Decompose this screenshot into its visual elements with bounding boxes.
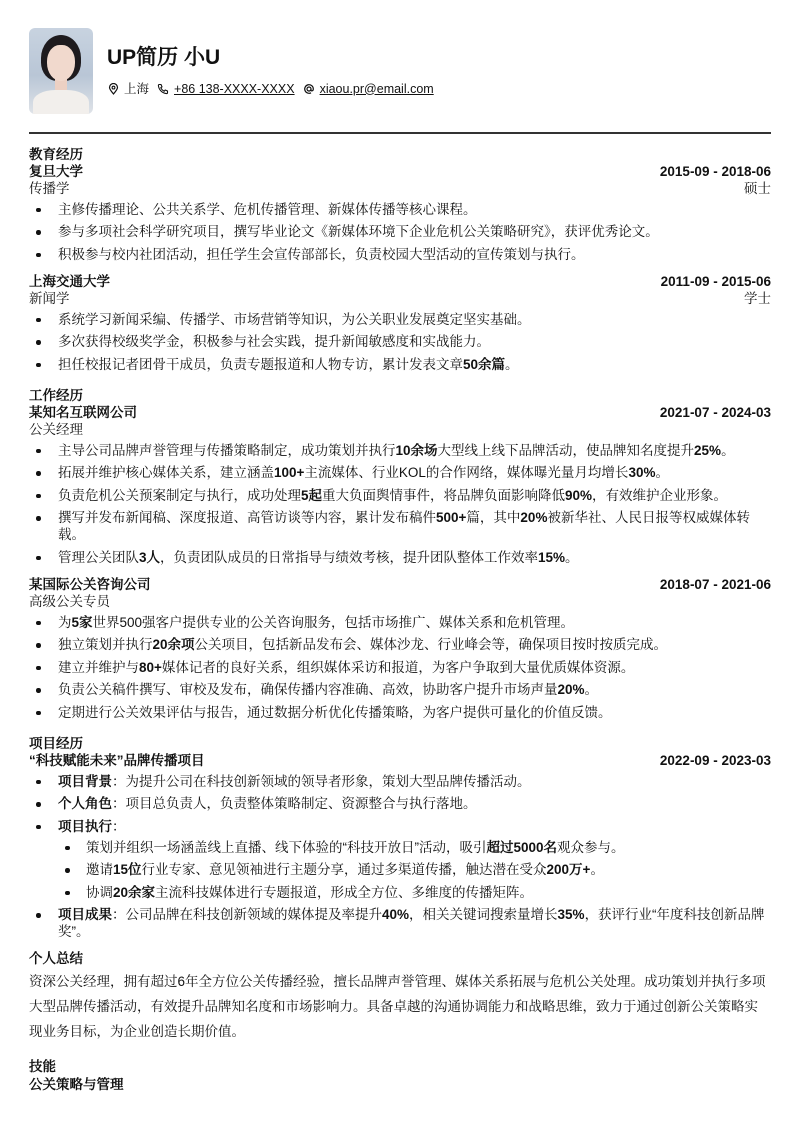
project-execution: 项目执行： 策划并组织一场涵盖线上直播、线下体验的“科技开放日”活动，吸引超过5… xyxy=(29,818,771,901)
work-section: 工作经历 某知名互联网公司 2021-07 - 2024-03 公关经理 主导公… xyxy=(29,387,771,721)
job-title: 高级公关专员 xyxy=(29,593,110,610)
section-title: 技能 xyxy=(29,1058,771,1075)
major: 传播学 xyxy=(29,180,70,197)
resume-header: UP简历 小U 上海 +86 138-XXXX-XXXX xyxy=(29,27,771,114)
list-item: 协调20余家主流科技媒体进行专题报道，形成全方位、多维度的传播矩阵。 xyxy=(58,884,771,901)
list-item: 积极参与校内社团活动，担任学生会宣传部部长，负责校园大型活动的宣传策划与执行。 xyxy=(29,246,771,263)
list-item: 负责危机公关预案制定与执行，成功处理5起重大负面舆情事件，将品牌负面影响降低90… xyxy=(29,487,771,504)
list-item: 多次获得校级奖学金，积极参与社会实践，提升新闻敏感度和实战能力。 xyxy=(29,333,771,350)
list-item: 拓展并维护核心媒体关系，建立涵盖100+主流媒体、行业KOL的合作网络，媒体曝光… xyxy=(29,464,771,481)
work-entry: 某国际公关咨询公司 2018-07 - 2021-06 高级公关专员 为5家世界… xyxy=(29,576,771,721)
major: 新闻学 xyxy=(29,290,70,307)
projects-section: 项目经历 “科技赋能未来”品牌传播项目 2022-09 - 2023-03 项目… xyxy=(29,735,771,941)
project-result: 项目成果：公司品牌在科技创新领域的媒体提及率提升40%，相关关键词搜索量增长35… xyxy=(29,906,771,940)
school-name: 上海交通大学 xyxy=(29,273,110,290)
section-title: 教育经历 xyxy=(29,146,771,163)
summary-section: 个人总结 资深公关经理，拥有超过6年全方位公关传播经验，擅长品牌声誉管理、媒体关… xyxy=(29,950,771,1044)
company-name: 某国际公关咨询公司 xyxy=(29,576,151,593)
email-link[interactable]: xiaou.pr@email.com xyxy=(320,80,434,98)
list-item: 主修传播理论、公共关系学、危机传播管理、新媒体传播等核心课程。 xyxy=(29,201,771,218)
company-name: 某知名互联网公司 xyxy=(29,404,137,421)
education-entry: 复旦大学 2015-09 - 2018-06 传播学 硕士 主修传播理论、公共关… xyxy=(29,163,771,263)
project-background: 项目背景：为提升公司在科技创新领域的领导者形象，策划大型品牌传播活动。 xyxy=(29,773,771,790)
job-title: 公关经理 xyxy=(29,421,83,438)
project-entry: “科技赋能未来”品牌传播项目 2022-09 - 2023-03 项目背景：为提… xyxy=(29,752,771,941)
list-item: 建立并维护与80+媒体记者的良好关系，组织媒体采访和报道，为客户争取到大量优质媒… xyxy=(29,659,771,676)
contact-email: xiaou.pr@email.com xyxy=(303,80,434,98)
project-name: “科技赋能未来”品牌传播项目 xyxy=(29,752,205,769)
degree: 学士 xyxy=(744,290,771,307)
bullet-list: 系统学习新闻采编、传播学、市场营销等知识，为公关职业发展奠定坚实基础。多次获得校… xyxy=(29,311,771,373)
date-range: 2011-09 - 2015-06 xyxy=(661,273,771,290)
project-role: 个人角色：项目总负责人，负责整体策略制定、资源整合与执行落地。 xyxy=(29,795,771,812)
contact-phone: +86 138-XXXX-XXXX xyxy=(157,80,295,98)
bullet-list: 主导公司品牌声誉管理与传播策略制定，成功策划并执行10余场大型线上线下品牌活动，… xyxy=(29,442,771,566)
sub-bullet-list: 策划并组织一场涵盖线上直播、线下体验的“科技开放日”活动，吸引超过5000名观众… xyxy=(58,839,771,901)
list-item: 邀请15位行业专家、意见领袖进行主题分享，通过多渠道传播，触达潜在受众200万+… xyxy=(58,861,771,878)
skill-group-title: 公关策略与管理 xyxy=(29,1075,771,1095)
list-item: 担任校报记者团骨干成员，负责专题报道和人物专访，累计发表文章50余篇。 xyxy=(29,356,771,373)
list-item: 独立策划并执行20余项公关项目，包括新品发布会、媒体沙龙、行业峰会等，确保项目按… xyxy=(29,636,771,653)
candidate-name: UP简历 小U xyxy=(107,45,442,70)
education-entry: 上海交通大学 2011-09 - 2015-06 新闻学 学士 系统学习新闻采编… xyxy=(29,273,771,373)
degree: 硕士 xyxy=(744,180,771,197)
section-title: 工作经历 xyxy=(29,387,771,404)
phone-link[interactable]: +86 138-XXXX-XXXX xyxy=(174,80,295,98)
list-item: 系统学习新闻采编、传播学、市场营销等知识，为公关职业发展奠定坚实基础。 xyxy=(29,311,771,328)
education-section: 教育经历 复旦大学 2015-09 - 2018-06 传播学 硕士 主修传播理… xyxy=(29,146,771,373)
contact-location: 上海 xyxy=(107,80,149,98)
at-sign-icon xyxy=(303,83,315,95)
summary-text: 资深公关经理，拥有超过6年全方位公关传播经验，擅长品牌声誉管理、媒体关系拓展与危… xyxy=(29,969,771,1044)
bullet-list: 为5家世界500强客户提供专业的公关咨询服务，包括市场推广、媒体关系和危机管理。… xyxy=(29,614,771,721)
work-entry: 某知名互联网公司 2021-07 - 2024-03 公关经理 主导公司品牌声誉… xyxy=(29,404,771,566)
date-range: 2018-07 - 2021-06 xyxy=(660,576,771,593)
header-info: UP简历 小U 上海 +86 138-XXXX-XXXX xyxy=(107,43,442,97)
list-item: 策划并组织一场涵盖线上直播、线下体验的“科技开放日”活动，吸引超过5000名观众… xyxy=(58,839,771,856)
contact-row: 上海 +86 138-XXXX-XXXX xiaou.pr@email.com xyxy=(107,80,442,98)
bullet-list: 主修传播理论、公共关系学、危机传播管理、新媒体传播等核心课程。参与多项社会科学研… xyxy=(29,201,771,263)
list-item: 撰写并发布新闻稿、深度报道、高管访谈等内容，累计发布稿件500+篇，其中20%被… xyxy=(29,509,771,543)
school-name: 复旦大学 xyxy=(29,163,83,180)
avatar xyxy=(29,28,93,114)
date-range: 2015-09 - 2018-06 xyxy=(660,163,771,180)
map-pin-icon xyxy=(107,83,119,95)
list-item: 参与多项社会科学研究项目，撰写毕业论文《新媒体环境下企业危机公关策略研究》，获评… xyxy=(29,223,771,240)
header-divider xyxy=(29,132,771,134)
date-range: 2021-07 - 2024-03 xyxy=(660,404,771,421)
section-title: 个人总结 xyxy=(29,950,771,967)
bullet-list: 项目背景：为提升公司在科技创新领域的领导者形象，策划大型品牌传播活动。 个人角色… xyxy=(29,773,771,941)
skills-section: 技能 公关策略与管理 xyxy=(29,1058,771,1095)
date-range: 2022-09 - 2023-03 xyxy=(660,752,771,769)
list-item: 为5家世界500强客户提供专业的公关咨询服务，包括市场推广、媒体关系和危机管理。 xyxy=(29,614,771,631)
section-title: 项目经历 xyxy=(29,735,771,752)
list-item: 管理公关团队3人，负责团队成员的日常指导与绩效考核，提升团队整体工作效率15%。 xyxy=(29,549,771,566)
list-item: 主导公司品牌声誉管理与传播策略制定，成功策划并执行10余场大型线上线下品牌活动，… xyxy=(29,442,771,459)
location-text: 上海 xyxy=(124,80,149,98)
phone-icon xyxy=(157,83,169,95)
list-item: 负责公关稿件撰写、审校及发布，确保传播内容准确、高效，协助客户提升市场声量20%… xyxy=(29,681,771,698)
list-item: 定期进行公关效果评估与报告，通过数据分析优化传播策略，为客户提供可量化的价值反馈… xyxy=(29,704,771,721)
resume-page: UP简历 小U 上海 +86 138-XXXX-XXXX xyxy=(29,27,771,1095)
